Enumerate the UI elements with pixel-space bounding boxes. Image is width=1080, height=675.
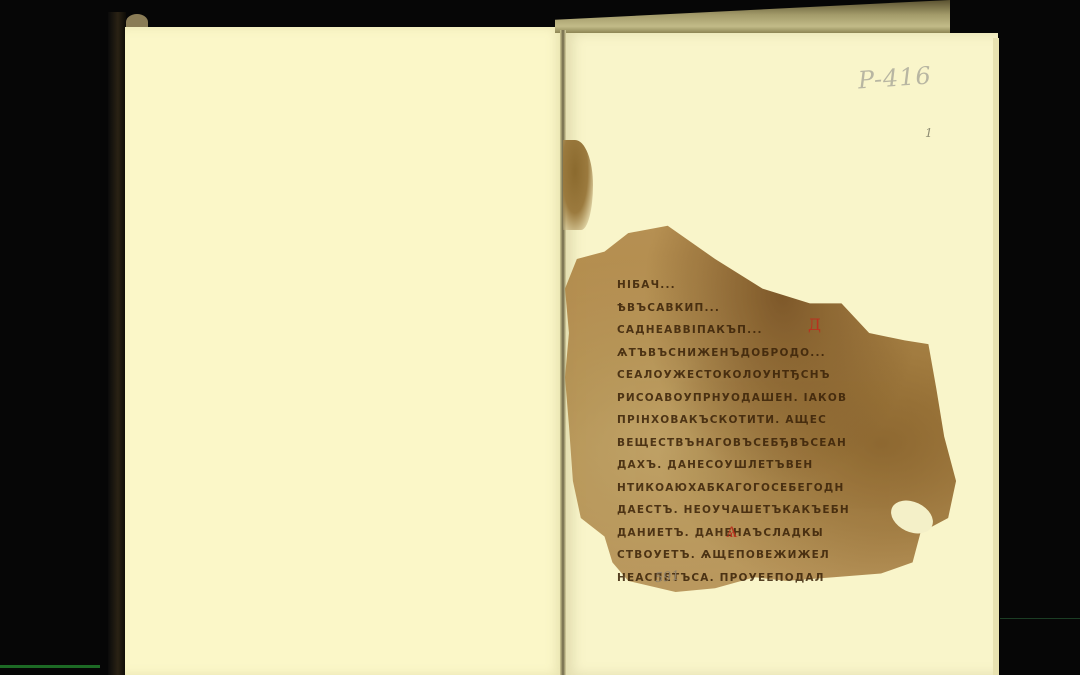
- right-page-edge: [993, 38, 999, 675]
- red-initial: Д: [808, 315, 821, 334]
- left-blank-page: [125, 27, 562, 675]
- manuscript-line: ѦТЪВЪСНИЖЕНЪДОБРОДО...: [617, 342, 937, 365]
- manuscript-line: ѢВЪСАВКИП...: [617, 297, 937, 320]
- manuscript-line: РИСОАВОУПРНУОДАШЕН. ІАКОВ: [617, 387, 937, 410]
- manuscript-line: ПРІНХОВАКЪСКОТИТИ. АЩЕС: [617, 409, 937, 432]
- manuscript-line: СЕАЛОУЖЕСТОКОЛОУНТЂСНЪ: [617, 364, 937, 387]
- book-cover-edge: [108, 12, 126, 675]
- green-scan-line-right: [1000, 618, 1080, 619]
- red-initial: Ѧ: [726, 522, 738, 542]
- manuscript-line: САДНЕАВВІПАКЪП...: [617, 319, 937, 342]
- manuscript-line: ДАНИЕТЪ. ДАНЕНАЪСЛАДКЫ: [617, 522, 937, 545]
- manuscript-line: ВЕЩЕСТВЪНАГОВЪСЕБЂВЪСЕАН: [617, 432, 937, 455]
- manuscript-line: СТВОУЕТЪ. ѦЩЕПОВЕЖИЖЕЛ: [617, 544, 937, 567]
- manuscript-line: НІБАЧ...: [617, 274, 937, 297]
- book-gutter: [560, 30, 566, 675]
- manuscript-text: НІБАЧ... ѢВЪСАВКИП... САДНЕАВВІПАКЪП... …: [617, 274, 937, 589]
- shelfmark-annotation: P-416: [857, 61, 933, 94]
- bottom-mark: 591: [654, 569, 680, 587]
- green-scan-line: [0, 665, 100, 668]
- manuscript-line: НТИКОАЮХАБКАГОГОСЕБЕГОДН: [617, 477, 937, 500]
- manuscript-line: ДАХЪ. ДАНЕСОУШЛЕТЪВЕН: [617, 454, 937, 477]
- folio-number: 1: [925, 126, 933, 140]
- manuscript-line: ДАЕСТЪ. НЕОУЧАШЕТЪКАКЪЕБН: [617, 499, 937, 522]
